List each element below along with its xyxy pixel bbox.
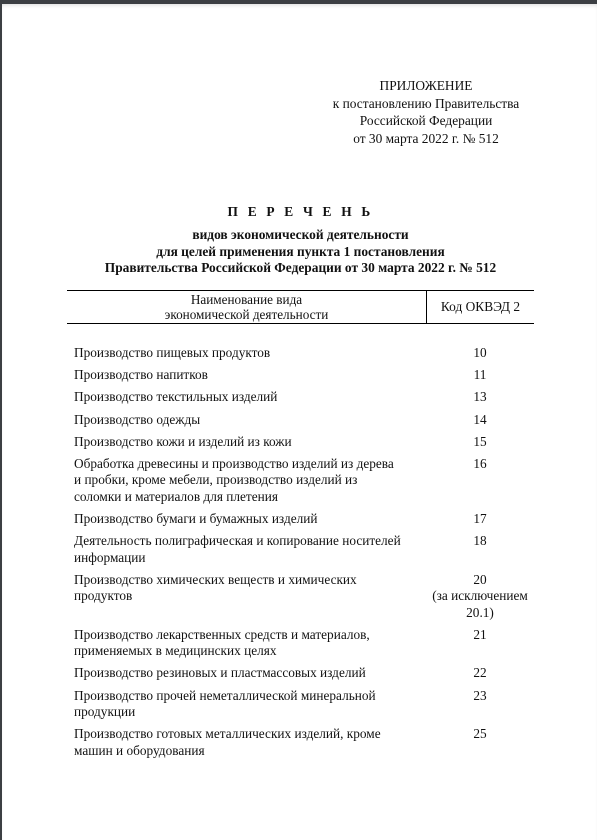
appendix-resolution: к постановлению Правительства — [302, 95, 550, 113]
table-row: Производство бумаги и бумажных изделий17 — [67, 511, 534, 527]
okved-code: 14 — [424, 412, 534, 428]
activity-name: Производство пищевых продуктов — [67, 345, 424, 361]
activity-name: Производство одежды — [67, 412, 424, 428]
document-page: ПРИЛОЖЕНИЕ к постановлению Правительства… — [2, 4, 597, 840]
activity-name: Производство напитков — [67, 367, 424, 383]
activity-name: Производство лекарственных средств и мат… — [67, 627, 424, 660]
activity-name: Деятельность полиграфическая и копирован… — [67, 533, 424, 566]
table-row: Производство кожи и изделий из кожи15 — [67, 434, 534, 450]
table-row: Производство резиновых и пластмассовых и… — [67, 665, 534, 681]
okved-code: 17 — [424, 511, 534, 527]
appendix-label: ПРИЛОЖЕНИЕ — [302, 77, 550, 95]
okved-code: 21 — [424, 627, 534, 660]
column-header-name-line: экономической деятельности — [67, 307, 426, 322]
subtitle-line: видов экономической деятельности — [2, 227, 597, 244]
okved-code: 22 — [424, 665, 534, 681]
table-row: Производство химических веществ и химиче… — [67, 572, 534, 621]
table-body: Производство пищевых продуктов10Производ… — [67, 345, 534, 765]
table-header: Наименование вида экономической деятельн… — [67, 290, 534, 324]
table-row: Производство прочей неметаллической мине… — [67, 688, 534, 721]
activity-name: Производство текстильных изделий — [67, 389, 424, 405]
okved-code: 10 — [424, 345, 534, 361]
okved-code: 16 — [424, 456, 534, 505]
subtitle-line: для целей применения пункта 1 постановле… — [2, 244, 597, 261]
table-row: Производство готовых металлических издел… — [67, 726, 534, 759]
okved-code: 20(за исключением20.1) — [424, 572, 534, 621]
activity-name: Производство бумаги и бумажных изделий — [67, 511, 424, 527]
table-row: Производство одежды14 — [67, 412, 534, 428]
table-row: Обработка древесины и производство издел… — [67, 456, 534, 505]
column-header-name-line: Наименование вида — [67, 292, 426, 307]
document-title: П Е Р Е Ч Е Н Ь — [2, 204, 597, 220]
table-row: Деятельность полиграфическая и копирован… — [67, 533, 534, 566]
activity-table: Наименование вида экономической деятельн… — [67, 290, 534, 324]
activity-name: Производство резиновых и пластмассовых и… — [67, 665, 424, 681]
okved-code: 18 — [424, 533, 534, 566]
okved-code: 15 — [424, 434, 534, 450]
activity-name: Производство готовых металлических издел… — [67, 726, 424, 759]
appendix-header: ПРИЛОЖЕНИЕ к постановлению Правительства… — [302, 77, 550, 147]
okved-code: 13 — [424, 389, 534, 405]
okved-code: 11 — [424, 367, 534, 383]
okved-code: 25 — [424, 726, 534, 759]
activity-name: Производство кожи и изделий из кожи — [67, 434, 424, 450]
table-row: Производство текстильных изделий13 — [67, 389, 534, 405]
column-header-code: Код ОКВЭД 2 — [427, 291, 534, 323]
okved-code: 23 — [424, 688, 534, 721]
document-subtitle: видов экономической деятельности для цел… — [2, 227, 597, 277]
activity-name: Производство химических веществ и химиче… — [67, 572, 424, 621]
table-row: Производство лекарственных средств и мат… — [67, 627, 534, 660]
activity-name: Обработка древесины и производство издел… — [67, 456, 424, 505]
subtitle-line: Правительства Российской Федерации от 30… — [2, 260, 597, 277]
appendix-government: Российской Федерации — [302, 112, 550, 130]
table-row: Производство напитков11 — [67, 367, 534, 383]
column-header-name: Наименование вида экономической деятельн… — [67, 291, 427, 323]
appendix-date-number: от 30 марта 2022 г. № 512 — [302, 130, 550, 148]
activity-name: Производство прочей неметаллической мине… — [67, 688, 424, 721]
table-row: Производство пищевых продуктов10 — [67, 345, 534, 361]
